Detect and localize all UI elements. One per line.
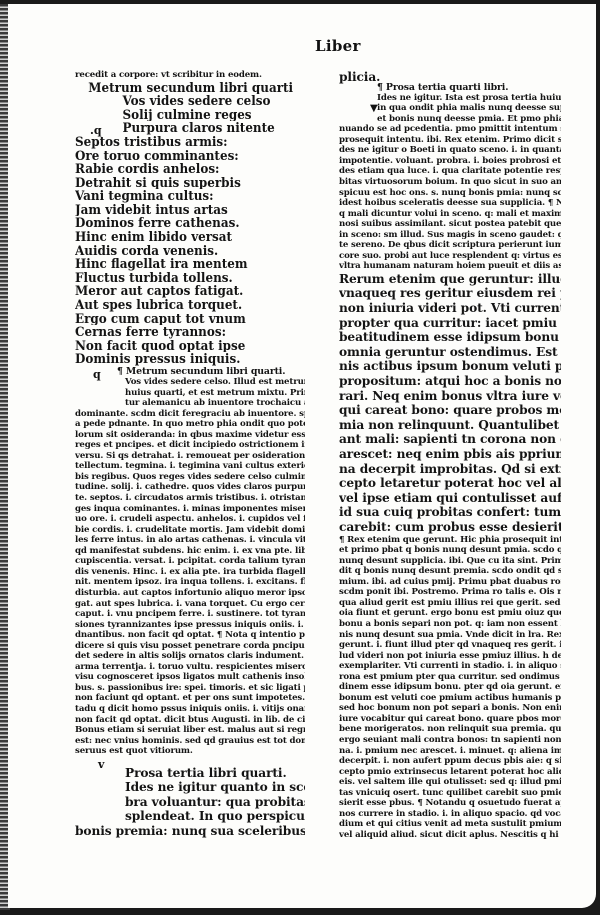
text-line: nit. mentem ipsoz. ira inqua tollens. i.… — [75, 577, 305, 588]
commentary-body: dominante. scdm dicit feregraciu ab inue… — [75, 409, 305, 757]
text-line: vltra humanam naturam hoiem pueuit et di… — [339, 261, 561, 272]
margin-mark-q2: q — [93, 368, 101, 381]
text-line: na decerpit improbitas. Qd si extrinsecu… — [339, 462, 561, 477]
text-line: dnantibus. non facit qd optat. ¶ Nota q … — [75, 630, 305, 641]
text-line: id sua cuiq probitas confert: tum suo pr… — [339, 505, 561, 520]
text-line: huius quarti, et est metrum mixtu. Primu… — [75, 388, 305, 399]
text-line: est: nec vnius hominis. sed qd grauius e… — [75, 736, 305, 747]
text-line: tudine. solij. i. cathedre. quos vides c… — [75, 482, 305, 493]
text-line: bus. s. passionibus ire: spei. timoris. … — [75, 683, 305, 694]
text-line: bis regibus. Quos reges vides sedere cel… — [75, 472, 305, 483]
text-line: Non facit quod optat ipse — [75, 339, 294, 353]
text-line: bra voluantur: qua probitas luce re- — [75, 795, 305, 810]
text-line: siones tyrannizantes ipse pressus iniqui… — [75, 620, 305, 631]
text-line: propositum: atqui hoc a bonis non pot se… — [339, 374, 561, 389]
text-line: bitas virtuosorum boium. In quo sicut in… — [339, 177, 561, 188]
text-line: disturbia. aut captos infortunio aliquo … — [75, 588, 305, 599]
text-line: qua aliud gerit est pmiu illius rei que … — [339, 598, 561, 609]
text-line: iure vocabitur qui careat bono. quare pb… — [339, 714, 561, 725]
text-line: reges et pncipes. et dicit incipiedo ost… — [75, 440, 305, 451]
text-line: ges inqua cominantes. i. minas imponente… — [75, 504, 305, 515]
prosa-last-line: bonis premia: nunq sua sceleribus deesse… — [75, 824, 305, 839]
prose-large: Rerum etenim que geruntur: illud propter… — [339, 272, 561, 535]
text-line: visu cognosceret ipsos ligatos mult cath… — [75, 672, 305, 683]
text-line: Bonus etiam si seruiat liber est. malus … — [75, 725, 305, 736]
text-line: qd manifestat subdens. hic enim. i. ex v… — [75, 546, 305, 557]
text-line: Meror aut captos fatigat. — [75, 284, 294, 298]
text-line: Solij culmine reges — [75, 108, 294, 122]
right-column: plicia. ¶ Prosa tertia quarti libri. Ide… — [339, 70, 561, 840]
text-line: Vos vides sedere celso. Illud est metrum… — [75, 377, 305, 388]
text-line: dicere si quis visu posset penetrare cor… — [75, 641, 305, 652]
text-line: te sereno. De qbus dicit scriptura perie… — [339, 240, 561, 251]
text-line: Rabie cordis anhelos: — [75, 162, 294, 176]
left-top-line: recedit a corpore: vt scribitur in eodem… — [75, 70, 305, 81]
text-line: idest hoibus sceleratis deesse sua suppl… — [339, 198, 561, 209]
text-line: nis actibus ipsum bonum veluti pmium coe — [339, 359, 561, 374]
text-line: carebit: cum probus esse desierit. — [339, 520, 561, 535]
text-line: det sedere in altis solijs ornatos clari… — [75, 651, 305, 662]
text-line: uo ore. i. crudeli aspectu. anhelos. i. … — [75, 514, 305, 525]
text-line: nunq desunt supplicia. ibi. Que cu ita s… — [339, 556, 561, 567]
text-line: Septos tristibus armis: — [75, 135, 294, 149]
text-line: Cernas ferre tyrannos: — [75, 325, 294, 339]
text-line: nuando se ad pcedentia. pmo pmittit inte… — [339, 124, 561, 135]
text-line: exemplariter. Vti currenti in stadio. i.… — [339, 661, 561, 672]
text-line: lorum sit osideranda: in qbus maxime vid… — [75, 430, 305, 441]
text-line: Ides ne igitur quanto in sceno pro — [75, 780, 305, 795]
text-line: Jam videbit intus artas — [75, 203, 294, 217]
commentary-heading: ¶ Metrum secundum libri quarti. — [75, 366, 305, 377]
text-line: Ore toruo comminantes: — [75, 149, 294, 163]
text-line: Dominis pressus iniquis. — [75, 352, 294, 366]
text-line: Rerum etenim que geruntur: illud propter… — [339, 272, 561, 287]
left-column: recedit a corpore: vt scribitur in eodem… — [75, 70, 305, 839]
text-line: omnia geruntur ostendimus. Est igitur hu… — [339, 345, 561, 360]
text-line: Ides ne igitur. Ista est prosa tertia hu… — [339, 93, 561, 104]
text-line: ergo seuiant mali contra bonos: tn sapie… — [339, 735, 561, 746]
text-line: gat. aut spes lubrica. i. vana torquet. … — [75, 599, 305, 610]
verse-indented: Vos vides sedere celsoSolij culmine rege… — [75, 94, 305, 135]
text-line: splendeat. In quo perspicuu e: nunq — [75, 809, 305, 824]
text-line: impotentie. voluant. probra. i. boies pr… — [339, 156, 561, 167]
text-line: beatitudinem esse idipsum bonu ppter quo… — [339, 330, 561, 345]
text-line: nos currere in stadio. i. in aliquo spac… — [339, 809, 561, 820]
text-line: core suo. probi aut luce resplendent q: … — [339, 251, 561, 262]
text-line: Vani tegmina cultus: — [75, 189, 294, 203]
text-line: sierit esse pbus. ¶ Notandu q osuetudo f… — [339, 798, 561, 809]
text-line: vel aliquid aliud. sicut dicit aplus. Ne… — [339, 830, 561, 841]
text-line: qui careat bono: quare probos mores sua … — [339, 403, 561, 418]
text-line: non facit qd optat. dicit btus Augusti. … — [75, 715, 305, 726]
text-line: des ne igitur o Boeti in quato sceno. i.… — [339, 145, 561, 156]
text-line: seruus est quot vitiorum. — [75, 746, 305, 757]
verse-body: Septos tristibus armis:Ore toruo commina… — [75, 135, 305, 366]
text-line: dit q bonis nunq desunt premia. scdo ond… — [339, 566, 561, 577]
text-line: rari. Neq enim bonus vltra iure vocabitu… — [339, 389, 561, 404]
running-head: Liber — [315, 37, 361, 55]
text-line: bene morigeratos. non relinquit sua prem… — [339, 724, 561, 735]
text-line: decerpit. i. non aufert ppum decus pbis … — [339, 756, 561, 767]
commentary-indented: Vos vides sedere celso. Illud est metrum… — [75, 377, 305, 409]
text-line: bie cordis. i. crudelitate mortis. Jam v… — [75, 525, 305, 536]
text-line: mium. ibi. ad cuius pmij. Primu pbat dua… — [339, 577, 561, 588]
text-line: sed hoc bonum non pot separi a bonis. No… — [339, 703, 561, 714]
text-line: in sceno: sm illud. Sus magis in sceno g… — [339, 230, 561, 241]
text-line: des etiam qua luce. i. qua claritate pot… — [339, 166, 561, 177]
margin-mark-q1: .q — [90, 124, 102, 137]
text-line: cepto letaretur poterat hoc vel alius qu… — [339, 476, 561, 491]
text-line: cupiscentia. versat. i. pcipitat. corda … — [75, 556, 305, 567]
metrum-title: Metrum secundum libri quarti — [75, 81, 294, 95]
text-line: et primo pbat q bonis nunq desunt pmia. … — [339, 545, 561, 556]
text-line: ¶ Rex etenim que gerunt. Hic phia proseq… — [339, 535, 561, 546]
text-line: rona est pmium pter qua curritur. sed on… — [339, 672, 561, 683]
text-line: dinem esse idipsum bonu. pter qd oia ger… — [339, 682, 561, 693]
text-line: tur alemanicu ab inuentore trochaicu a p… — [75, 398, 305, 409]
margin-mark-triangle: ▼ — [370, 103, 378, 114]
text-line: scdm ponit ibi. Postremo. Prima ro talis… — [339, 587, 561, 598]
text-line: oia fiunt et gerunt. ergo bonu est pmiu … — [339, 608, 561, 619]
text-line: bonu a bonis separi non pot. q: iam non … — [339, 619, 561, 630]
text-line: q mali dicuntur volui in sceno. q: mali … — [339, 209, 561, 220]
margin-mark-v: v — [98, 758, 104, 771]
prosa-indented: Ides ne igitur quanto in sceno probra vo… — [75, 780, 305, 824]
text-line: versu. Si qs detrahat. i. remoueat per o… — [75, 451, 305, 462]
gloss-body-2: ¶ Rex etenim que gerunt. Hic phia proseq… — [339, 535, 561, 841]
text-line: a pede pdnante. In quo metro phia ondit … — [75, 419, 305, 430]
text-line: dium et qui citius venit ad meta sustuli… — [339, 819, 561, 830]
text-line: Hinc flagellat ira mentem — [75, 257, 294, 271]
text-line: na. i. pmium nec arescet. i. minuet. q: … — [339, 746, 561, 757]
text-line: les ferre intus. in alo artas cathenas. … — [75, 535, 305, 546]
text-line: arescet: neq enim pbis ais pprium decus … — [339, 447, 561, 462]
text-line: non iniuria videri pot. Vti currenti in … — [339, 301, 561, 316]
text-line: vnaqueq res geritur eiusdem rei pmium es… — [339, 286, 561, 301]
text-line: Aut spes lubrica torquet. — [75, 298, 294, 312]
text-line: arma terrentja. i. toruo vultu. respicie… — [75, 662, 305, 673]
text-line: cepto pmio extrinsecus letarent poterat … — [339, 767, 561, 778]
text-line: lud videri non pot iniuria esse pmiuz il… — [339, 651, 561, 662]
text-line: mia non relinquunt. Quantulibet igitur s… — [339, 418, 561, 433]
text-line: Hinc enim libido versat — [75, 230, 294, 244]
text-line: te. septos. i. circudatos armis tristibu… — [75, 493, 305, 504]
text-line: Fluctus turbida tollens. — [75, 271, 294, 285]
text-line: propter qua curritur: iacet pmiu corona.… — [339, 316, 561, 331]
text-line: spicuu est hoc ons. s. nunq bonis pmia: … — [339, 188, 561, 199]
text-line: caput. i. vnu pncipem ferre. i. sustiner… — [75, 609, 305, 620]
text-line: Detrahit si quis superbis — [75, 176, 294, 190]
text-line: bonum est veluti coe pmium actibus human… — [339, 693, 561, 704]
gloss-body: nuando se ad pcedentia. pmo pmittit inte… — [339, 124, 561, 272]
text-line: tadu q dicit homo pssus iniquis oniis. i… — [75, 704, 305, 715]
text-line: Purpura claros nitente — [75, 121, 294, 135]
text-line: tellectum. tegmina. i. tegimina vani cul… — [75, 461, 305, 472]
text-line: Auidis corda venenis. — [75, 244, 294, 258]
text-line: nis nunq desunt sua pmia. Vnde dicit in … — [339, 630, 561, 641]
text-line: non faciunt qd optant. et per ons sunt i… — [75, 693, 305, 704]
text-line: nosi suibus assimilant. sicut postea pat… — [339, 219, 561, 230]
text-line: gerunt. i. fiunt illud pter qd vnaqueq r… — [339, 640, 561, 651]
text-line: tas vnicuiq osert. tunc quilibet carebit… — [339, 788, 561, 799]
prosa-title: Prosa tertia libri quarti. — [75, 766, 305, 781]
text-line: prosequit intentu. ibi. Rex etenim. Prim… — [339, 135, 561, 146]
text-line: et bonis nunq deesse pmia. Et pmo phia c… — [339, 114, 561, 125]
text-line: dominante. scdm dicit feregraciu ab inue… — [75, 409, 305, 420]
text-line: eis. vel saltem ille qui otulisset: sed … — [339, 777, 561, 788]
text-line: ant mali: sapienti tn corona non decidet… — [339, 432, 561, 447]
text-line: vel ipse etiam qui contulisset auferre. … — [339, 491, 561, 506]
text-line: Ergo cum caput tot vnum — [75, 312, 294, 326]
text-line: Dominos ferre cathenas. — [75, 216, 294, 230]
text-line: dis venenis. Hinc. i. ex alia pte. ira t… — [75, 567, 305, 578]
text-line: Vos vides sedere celso — [75, 94, 294, 108]
